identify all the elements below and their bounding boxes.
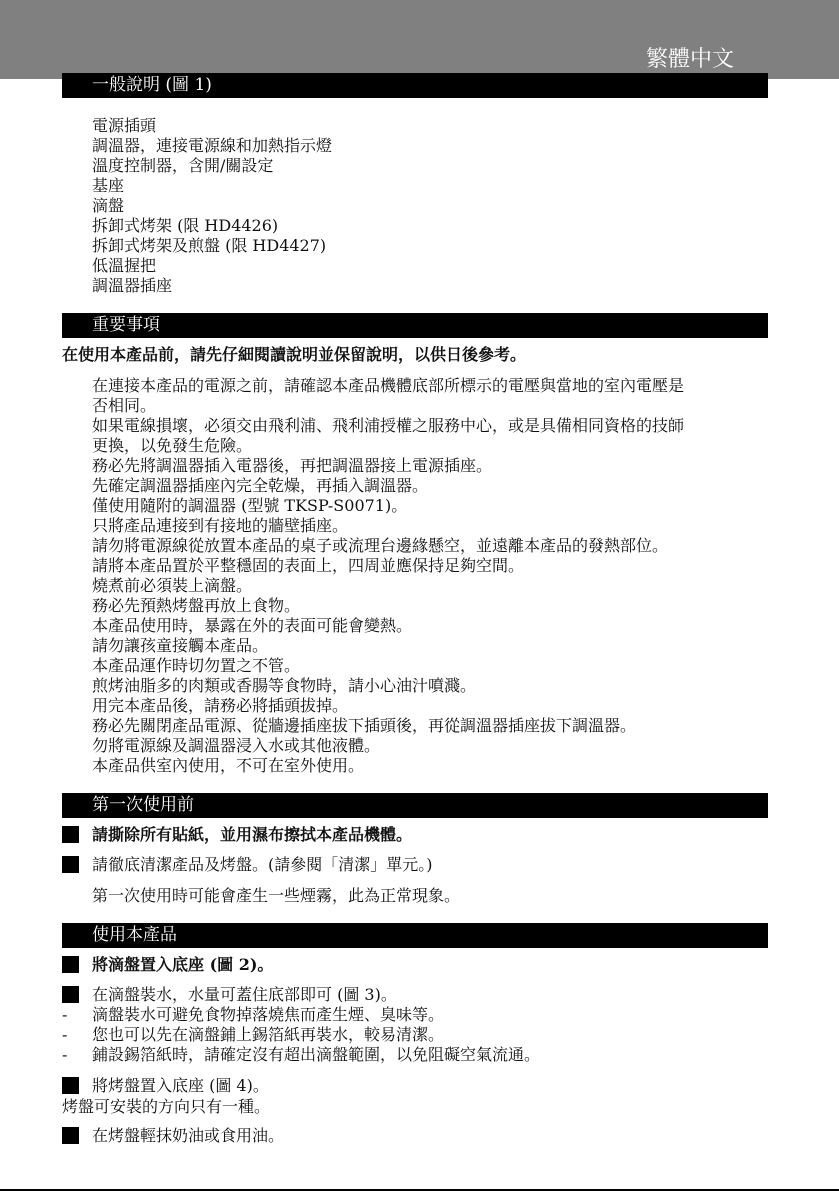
list-item: 用完本產品後，請務必將插頭拔掉。	[92, 696, 348, 716]
list-item: 滴盤	[92, 196, 124, 216]
step-bullet-icon	[62, 1077, 79, 1094]
step-text: 將滴盤置入底座 (圖 2)。	[92, 955, 273, 975]
list-item: 本產品供室內使用，不可在室外使用。	[92, 756, 364, 776]
step-text: 請撕除所有貼紙，並用濕布擦拭本產品機體。	[92, 825, 412, 845]
note-text: 第一次使用時可能會產生一些煙霧，此為正常現象。	[92, 886, 460, 906]
list-item: 調溫器，連接電源線和加熱指示燈	[92, 136, 332, 156]
list-item: 電源插頭	[92, 116, 156, 136]
list-item: 請勿讓孩童接觸本產品。	[92, 636, 268, 656]
step-text: 將烤盤置入底座 (圖 4)。	[92, 1076, 269, 1096]
list-item: 基座	[92, 176, 124, 196]
list-item: 拆卸式烤架 (限 HD4426)	[92, 216, 278, 236]
step-bullet-icon	[62, 1127, 79, 1144]
list-item: 鋪設錫箔紙時，請確定沒有超出滴盤範圍，以免阻礙空氣流通。	[92, 1045, 540, 1065]
dash-bullet-icon: -	[62, 1005, 67, 1025]
step-text: 請徹底清潔產品及烤盤。(請參閱「清潔」單元。)	[92, 855, 433, 875]
language-label: 繁體中文	[646, 42, 734, 73]
dash-bullet-icon: -	[62, 1045, 67, 1065]
step-bullet-icon	[62, 856, 79, 873]
list-item: 否相同。	[92, 396, 156, 416]
note-text: 烤盤可安裝的方向只有一種。	[62, 1097, 270, 1117]
list-item: 先確定調溫器插座內完全乾燥，再插入調溫器。	[92, 476, 428, 496]
dash-bullet-icon: -	[62, 1025, 67, 1045]
list-item: 僅使用隨附的調溫器 (型號 TKSP-S0071)。	[92, 496, 407, 516]
list-item: 拆卸式烤架及煎盤 (限 HD4427)	[92, 236, 326, 256]
step-text: 在滴盤裝水，水量可蓋住底部即可 (圖 3)。	[92, 985, 397, 1005]
step-bullet-icon	[62, 956, 79, 973]
list-item: 如果電線損壞，必須交由飛利浦、飛利浦授權之服務中心，或是具備相同資格的技師	[92, 416, 684, 436]
section-header-using: 使用本產品	[62, 923, 768, 948]
list-item: 本產品運作時切勿置之不管。	[92, 656, 300, 676]
list-item: 溫度控制器，含開/關設定	[92, 156, 273, 176]
list-item: 在連接本產品的電源之前，請確認本產品機體底部所標示的電壓與當地的室內電壓是	[92, 376, 684, 396]
section-header-important: 重要事項	[62, 313, 768, 338]
list-item: 務必先預熱烤盤再放上食物。	[92, 596, 300, 616]
list-item: 調溫器插座	[92, 276, 172, 296]
step-text: 在烤盤輕抹奶油或食用油。	[92, 1126, 284, 1146]
section-header-general: 一般說明 (圖 1)	[62, 73, 768, 98]
list-item: 燒煮前必須裝上滴盤。	[92, 576, 252, 596]
step-bullet-icon	[62, 986, 79, 1003]
important-intro: 在使用本產品前，請先仔細閱讀說明並保留說明，以供日後參考。	[62, 345, 526, 365]
list-item: 務必先關閉產品電源、從牆邊插座拔下插頭後，再從調溫器插座拔下調溫器。	[92, 716, 636, 736]
list-item: 滴盤裝水可避免食物掉落燒焦而產生煙、臭味等。	[92, 1005, 444, 1025]
list-item: 您也可以先在滴盤鋪上錫箔紙再裝水，較易清潔。	[92, 1025, 444, 1045]
list-item: 務必先將調溫器插入電器後，再把調溫器接上電源插座。	[92, 456, 492, 476]
list-item: 更換，以免發生危險。	[92, 436, 252, 456]
list-item: 勿將電源線及調溫器浸入水或其他液體。	[92, 736, 380, 756]
step-bullet-icon	[62, 826, 79, 843]
list-item: 只將產品連接到有接地的牆壁插座。	[92, 516, 348, 536]
list-item: 低溫握把	[92, 256, 156, 276]
list-item: 請將本產品置於平整穩固的表面上，四周並應保持足夠空間。	[92, 556, 524, 576]
list-item: 煎烤油脂多的肉類或香腸等食物時，請小心油汁噴濺。	[92, 676, 476, 696]
list-item: 請勿將電源線從放置本產品的桌子或流理台邊緣懸空，並遠離本產品的發熱部位。	[92, 536, 668, 556]
section-header-before-first-use: 第一次使用前	[62, 793, 768, 818]
list-item: 本產品使用時，暴露在外的表面可能會變熱。	[92, 616, 412, 636]
